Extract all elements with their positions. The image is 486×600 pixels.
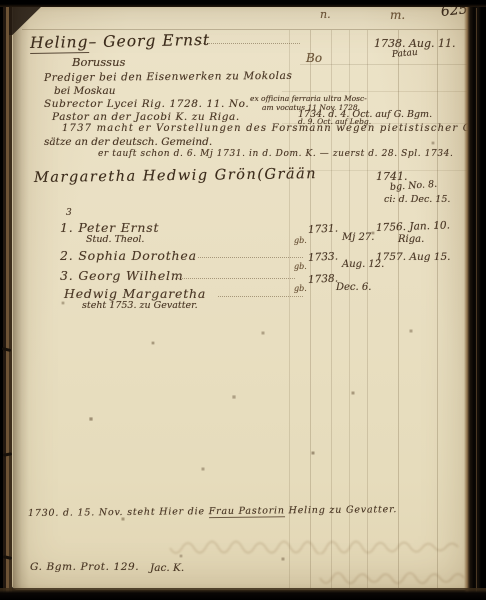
column-mark: Bo (306, 51, 322, 65)
child-row-1-birth-date: Mj 27. (342, 232, 374, 243)
child-name: Georg Wilhelm (78, 268, 183, 283)
dotted-rule (198, 256, 303, 258)
child-row-1-sub: Stud. Theol. (86, 234, 144, 245)
dotted-rule (175, 277, 295, 279)
scan-top-edge (0, 0, 486, 7)
bio-line-1: Prediger bei den Eisenwerken zu Mokolas (44, 70, 293, 84)
entry-name-rest: – Georg Ernst (88, 31, 210, 51)
child-row-1-birth-prefix: gb. (294, 236, 307, 245)
scan-bottom-edge (0, 588, 486, 600)
child-row-1-birth-year: 1731. (308, 222, 339, 236)
children-count-mark: 3 (66, 208, 72, 218)
scanned-register-page: n. m. 625. Heling– Georg Ernst Borussus … (0, 0, 486, 600)
bio-line-2: bei Moskau (54, 85, 115, 97)
bio-line-3: Subrector Lycei Rig. 1728. 11. No. (44, 98, 249, 110)
godparent-note-underlined: Frau Pastorin (209, 505, 285, 518)
source-note-2: Jac. K. (150, 562, 184, 574)
corner-mark-n: n. (320, 8, 331, 21)
grid-hline (300, 64, 467, 65)
dotted-rule (218, 295, 303, 297)
bio-line-7: er tauft schon d. 6. Mj 1731. in d. Dom.… (98, 149, 453, 159)
child-row-2-death-date: 1757. Aug 15. (376, 251, 451, 263)
child-number: 1. (60, 220, 74, 235)
bio-line-4: Pastor an der Jacobi K. zu Riga. (52, 111, 240, 123)
bio-line-5: 1737 macht er Vorstellungen des Forsmann… (62, 123, 486, 134)
binding-crease (13, 6, 29, 590)
entry-origin: Borussus (72, 55, 125, 69)
entry-surname: Heling (30, 33, 89, 54)
godparent-note-pre: 1730. d. 15. Nov. steht Hier die (28, 506, 209, 519)
child-name: Sophia Dorothea (78, 248, 197, 263)
child-row-4-sub: steht 1753. zu Gevatter. (82, 300, 198, 311)
child-row-3-name: 3. Georg Wilhelm (60, 268, 184, 283)
child-row-1-death-date: 1756. Jan. 10. (376, 219, 450, 234)
bleedthrough-ink (165, 538, 460, 554)
wife-note: ci: d. Dec. 15. (384, 194, 450, 205)
bio-line-5-note: d. 9. Oct. auf Lebg. (298, 117, 371, 126)
corner-mark-m: m. (390, 8, 405, 22)
child-row-1-name: 1. Peter Ernst (60, 220, 159, 235)
child-row-2-name: 2. Sophia Dorothea (60, 248, 197, 263)
bleedthrough-ink (318, 568, 466, 586)
child-row-2-birth-prefix: gb. (294, 262, 307, 271)
binding-edge (0, 0, 12, 600)
bio-line-6: sätze an der deutsch. Gemeind. (44, 136, 212, 148)
child-name: Peter Ernst (78, 220, 159, 235)
child-number: 3. (60, 268, 74, 283)
grid-vline (437, 30, 438, 588)
child-row-2-birth-year: 1733. (308, 250, 339, 264)
entry-name: Heling– Georg Ernst (30, 31, 211, 52)
grid-hline (22, 29, 467, 30)
child-row-3-birth-date: Dec. 6. (336, 282, 371, 293)
godparent-note-post: Heling zu Gevatter. (285, 504, 397, 516)
child-row-3-birth-prefix: gb. (294, 284, 307, 293)
source-note: G. Bgm. Prot. 129. (30, 561, 139, 573)
child-number: 2. (60, 248, 74, 263)
child-row-4-name: Hedwig Margaretha (64, 286, 206, 301)
dotted-rule (200, 42, 300, 44)
page-stack-edge (464, 0, 486, 600)
bio-line-3-note-1: ex officina ferraria ultra Mosc- (250, 94, 367, 103)
child-row-1-death-place: Riga. (398, 234, 424, 245)
child-row-3-birth-year: 1738. (308, 272, 339, 286)
